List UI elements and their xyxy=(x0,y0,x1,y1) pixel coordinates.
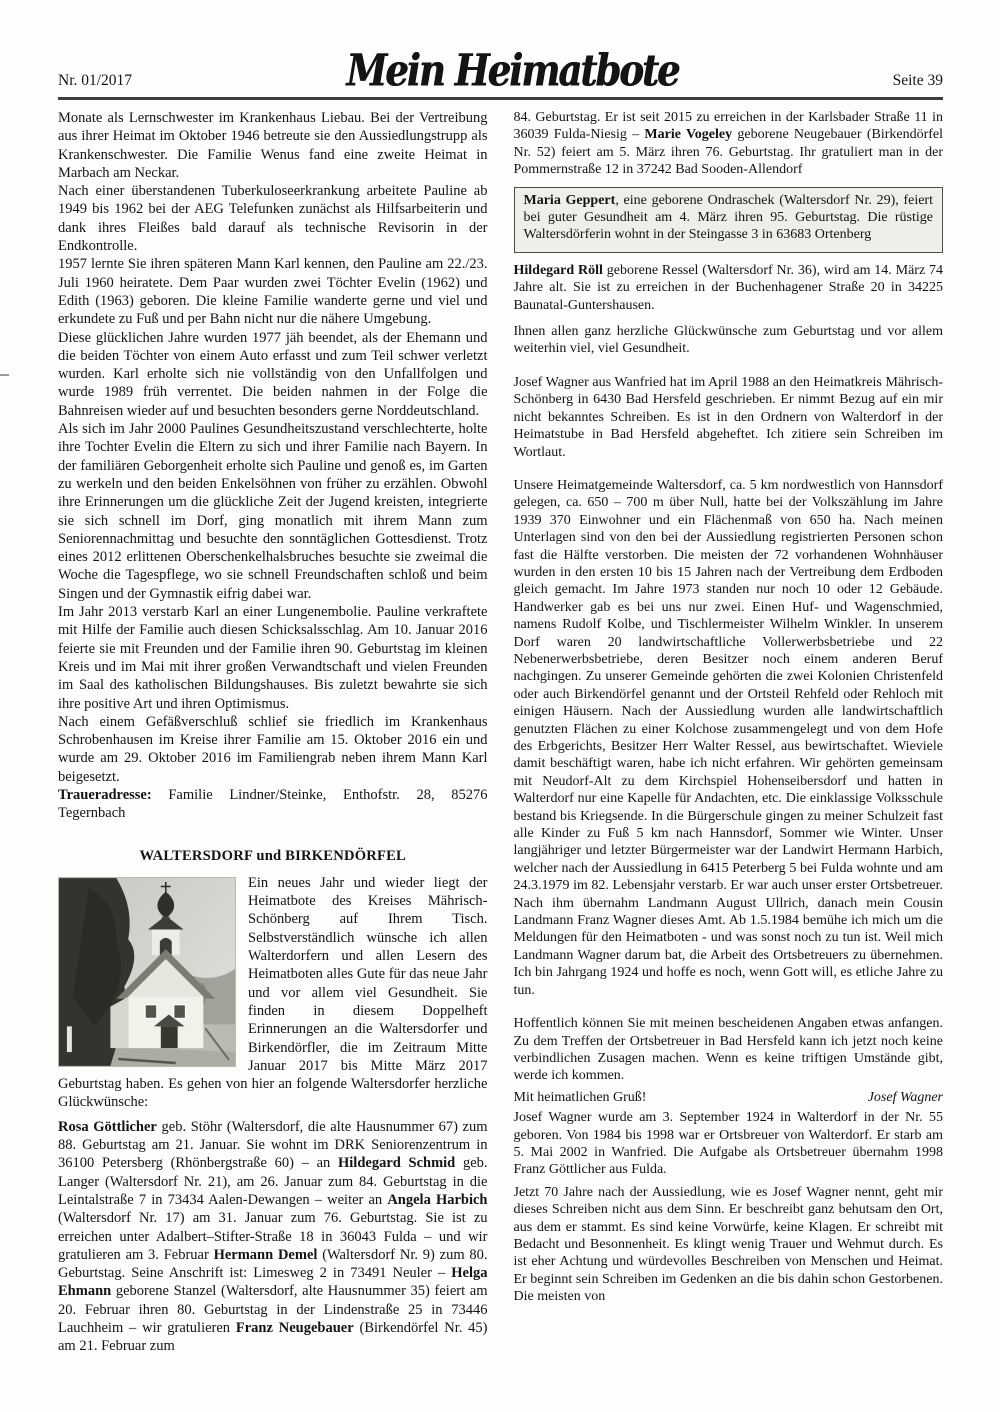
figure-text-wrap: Ein neues Jahr und wieder liegt der Heim… xyxy=(58,874,488,1112)
paragraph-obituary: Nach einem Gefäßverschluß schlief sie fr… xyxy=(58,713,488,786)
scan-artifact-mark xyxy=(0,374,9,376)
church-chapel-illustration xyxy=(59,878,235,1066)
left-column: Monate als Lernschwester im Krankenhaus … xyxy=(58,109,488,1356)
paragraph-wishes: Ihnen allen ganz herzliche Glückwünsche … xyxy=(514,323,944,358)
church-photo xyxy=(58,877,236,1067)
article-body: Monate als Lernschwester im Krankenhaus … xyxy=(58,109,943,1356)
paragraph-birthday-continuation: 84. Geburtstag. Er ist seit 2015 zu erre… xyxy=(514,109,944,179)
paragraph-obituary: Monate als Lernschwester im Krankenhaus … xyxy=(58,109,488,182)
masthead-logo: Mein Heimatbote xyxy=(346,44,678,96)
paragraph-obituary: Nach einer überstandenen Tuberkuloseerkr… xyxy=(58,182,488,255)
paragraph-obituary: Als sich im Jahr 2000 Paulines Gesundhei… xyxy=(58,420,488,603)
issue-number: Nr. 01/2017 xyxy=(58,72,132,92)
paragraph-hope: Hoffentlich können Sie mit meinen besche… xyxy=(514,1015,944,1085)
paragraph-mourning-address: Traueradresse: Familie Lindner/Steinke, … xyxy=(58,786,488,823)
page-header: Nr. 01/2017 Mein Heimatbote Seite 39 xyxy=(58,40,943,92)
header-rule xyxy=(58,97,943,100)
signature: Josef Wagner xyxy=(868,1089,943,1106)
paragraph-obituary: Im Jahr 2013 verstarb Karl an einer Lung… xyxy=(58,603,488,713)
highlight-box-geppert: Maria Geppert, eine geborene Ondraschek … xyxy=(514,187,944,253)
paragraph-closing: Jetzt 70 Jahre nach der Aussiedlung, wie… xyxy=(514,1184,944,1306)
paragraph-wagner-bio: Josef Wagner wurde am 3. September 1924 … xyxy=(514,1109,944,1179)
letter-signoff: Mit heimatlichen Gruß! Josef Wagner xyxy=(514,1089,944,1106)
paragraph-roell: Hildegard Röll geborene Ressel (Waltersd… xyxy=(514,262,944,314)
section-heading: WALTERSDORF und BIRKENDÖRFEL xyxy=(58,847,488,865)
signoff-greeting: Mit heimatlichen Gruß! xyxy=(514,1089,647,1106)
paragraph-geppert: Maria Geppert, eine geborene Ondraschek … xyxy=(524,192,934,244)
paragraph-obituary: Diese glücklichen Jahre wurden 1977 jäh … xyxy=(58,329,488,420)
paragraph-wagner-intro: Josef Wagner aus Wanfried hat im April 1… xyxy=(514,374,944,461)
right-column: 84. Geburtstag. Er ist seit 2015 zu erre… xyxy=(514,109,944,1356)
paragraph-wagner-letter: Unsere Heimatgemeinde Waltersdorf, ca. 5… xyxy=(514,477,944,999)
paragraph-obituary: 1957 lernte Sie ihren späteren Mann Karl… xyxy=(58,255,488,328)
page-number: Seite 39 xyxy=(893,72,943,92)
paragraph-birthday-greetings: Rosa Göttlicher geb. Stöhr (Waltersdorf,… xyxy=(58,1112,488,1356)
newspaper-page: Nr. 01/2017 Mein Heimatbote Seite 39 Mon… xyxy=(0,0,1000,1356)
